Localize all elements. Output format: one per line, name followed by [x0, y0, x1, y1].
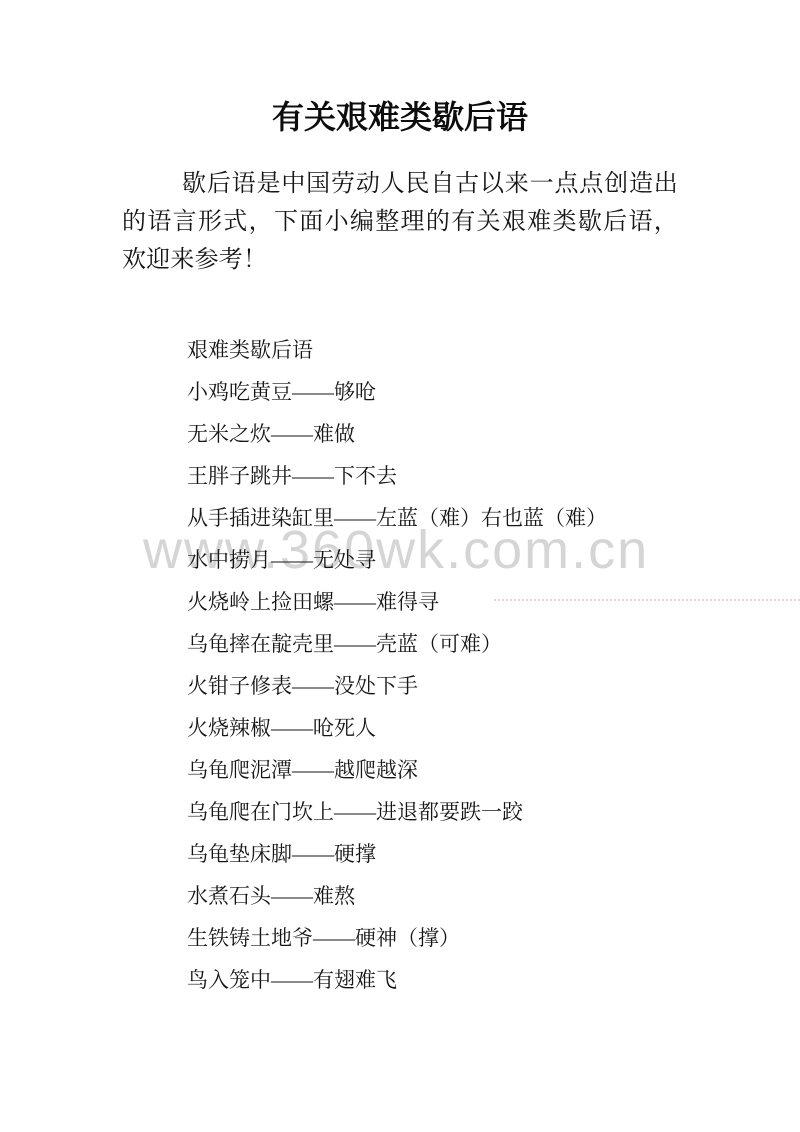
- list-heading: 艰难类歇后语: [187, 329, 800, 371]
- saying-line: 水煮石头——难熬: [187, 875, 800, 917]
- saying-line: 乌龟摔在靛壳里——壳蓝（可难）: [187, 623, 800, 665]
- saying-line: 水中捞月——无处寻: [187, 539, 800, 581]
- sayings-list: 艰难类歇后语 小鸡吃黄豆——够呛无米之炊——难做王胖子跳井——下不去从手插进染缸…: [187, 329, 800, 1001]
- saying-line: 鸟入笼中——有翅难飞: [187, 959, 800, 1001]
- document-page: www.360wk.com.cn 有关艰难类歇后语 歇后语是中国劳动人民自古以来…: [0, 0, 800, 1132]
- intro-paragraph: 歇后语是中国劳动人民自古以来一点点创造出的语言形式，下面小编整理的有关艰难类歇后…: [122, 165, 678, 279]
- saying-line: 小鸡吃黄豆——够呛: [187, 371, 800, 413]
- saying-line: 乌龟爬泥潭——越爬越深: [187, 749, 800, 791]
- saying-line: 乌龟爬在门坎上——进退都要跌一跤: [187, 791, 800, 833]
- saying-line: 生铁铸土地爷——硬神（撑）: [187, 917, 800, 959]
- saying-line: 火钳子修表——没处下手: [187, 665, 800, 707]
- saying-line: 乌龟垫床脚——硬撑: [187, 833, 800, 875]
- saying-line: 王胖子跳井——下不去: [187, 455, 800, 497]
- saying-line: 无米之炊——难做: [187, 413, 800, 455]
- saying-line: 火烧岭上捡田螺——难得寻: [187, 581, 800, 623]
- saying-line: 从手插进染缸里——左蓝（难）右也蓝（难）: [187, 497, 800, 539]
- saying-line: 火烧辣椒——呛死人: [187, 707, 800, 749]
- page-title: 有关艰难类歇后语: [0, 0, 800, 137]
